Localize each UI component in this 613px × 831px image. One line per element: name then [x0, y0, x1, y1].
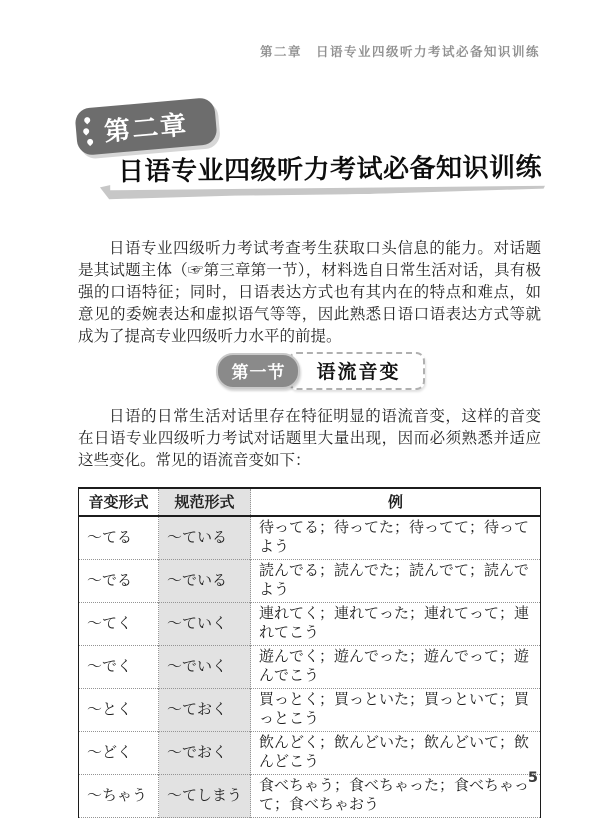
cell-variant: ～どく	[79, 732, 159, 775]
book-page: 第二章 日语专业四级听力考试必备知识训练 第二章 日语专业四级听力考试必备知识训…	[0, 0, 613, 831]
table-header-row: 音变形式 规范形式 例	[79, 488, 541, 516]
cell-standard: ～ておく	[159, 689, 251, 732]
section-badge: 第一节	[216, 353, 300, 389]
cell-examples: 連れてく；連れてった；連れてって；連れてこう	[251, 603, 541, 646]
section-header: 第一节 语流音变	[0, 352, 613, 390]
cell-variant: ～とく	[79, 689, 159, 732]
cell-examples: 食べちゃう；食べちゃった；食べちゃって；食べちゃおう	[251, 775, 541, 818]
cell-variant: ～でく	[79, 646, 159, 689]
leaf-deco-icon	[82, 115, 99, 148]
table-row: ～てく ～ていく 連れてく；連れてった；連れてって；連れてこう	[79, 603, 541, 646]
chapter-title: 日语专业四级听力考试必备知识训练	[110, 144, 550, 191]
cell-standard: ～でいく	[159, 646, 251, 689]
cell-variant: ～てく	[79, 603, 159, 646]
table-row: ～てる ～ている 待ってる；待ってた；待ってて；待ってよう	[79, 516, 541, 560]
section-title: 语流音变	[288, 352, 424, 390]
cell-standard: ～でいる	[159, 560, 251, 603]
table-row: ～とく ～ておく 買っとく；買っといた；買っといて；買っとこう	[79, 689, 541, 732]
page-number: 5	[528, 770, 538, 786]
sound-change-table: 音变形式 规范形式 例 ～てる ～ている 待ってる；待ってた；待ってて；待ってよ…	[78, 487, 541, 818]
cell-variant: ～でる	[79, 560, 159, 603]
cell-examples: 待ってる；待ってた；待ってて；待ってよう	[251, 516, 541, 560]
col-header-rei: 例	[251, 488, 541, 516]
table-row: ～でく ～でいく 遊んでく；遊んでった；遊んでって；遊んでこう	[79, 646, 541, 689]
cell-standard: ～てしまう	[159, 775, 251, 818]
cell-standard: ～ている	[159, 516, 251, 560]
cell-examples: 遊んでく；遊んでった；遊んでって；遊んでこう	[251, 646, 541, 689]
cell-examples: 飲んどく；飲んどいた；飲んどいて；飲んどこう	[251, 732, 541, 775]
section-paragraph: 日语的日常生活对话里存在特征明显的语流音变，这样的音变在日语专业四级听力考试对话…	[78, 406, 541, 472]
intro-paragraph: 日语专业四级听力考试考查考生获取口头信息的能力。对话题是其试题主体（☞第三章第一…	[78, 238, 541, 348]
chapter-badge-label: 第二章	[103, 104, 190, 148]
table-row: ～どく ～でおく 飲んどく；飲んどいた；飲んどいて；飲んどこう	[79, 732, 541, 775]
running-header: 第二章 日语专业四级听力考试必备知识训练	[260, 42, 540, 60]
cell-examples: 買っとく；買っといた；買っといて；買っとこう	[251, 689, 541, 732]
cell-variant: ～ちゃう	[79, 775, 159, 818]
cell-variant: ～てる	[79, 516, 159, 560]
table-row: ～でる ～でいる 読んでる；読んでた；読んでて；読んでよう	[79, 560, 541, 603]
cell-standard: ～ていく	[159, 603, 251, 646]
cell-standard: ～でおく	[159, 732, 251, 775]
col-header-onhen: 音变形式	[79, 488, 159, 516]
col-header-kihan: 规范形式	[159, 488, 251, 516]
cell-examples: 読んでる；読んでた；読んでて；読んでよう	[251, 560, 541, 603]
table-row: ～ちゃう ～てしまう 食べちゃう；食べちゃった；食べちゃって；食べちゃおう	[79, 775, 541, 818]
